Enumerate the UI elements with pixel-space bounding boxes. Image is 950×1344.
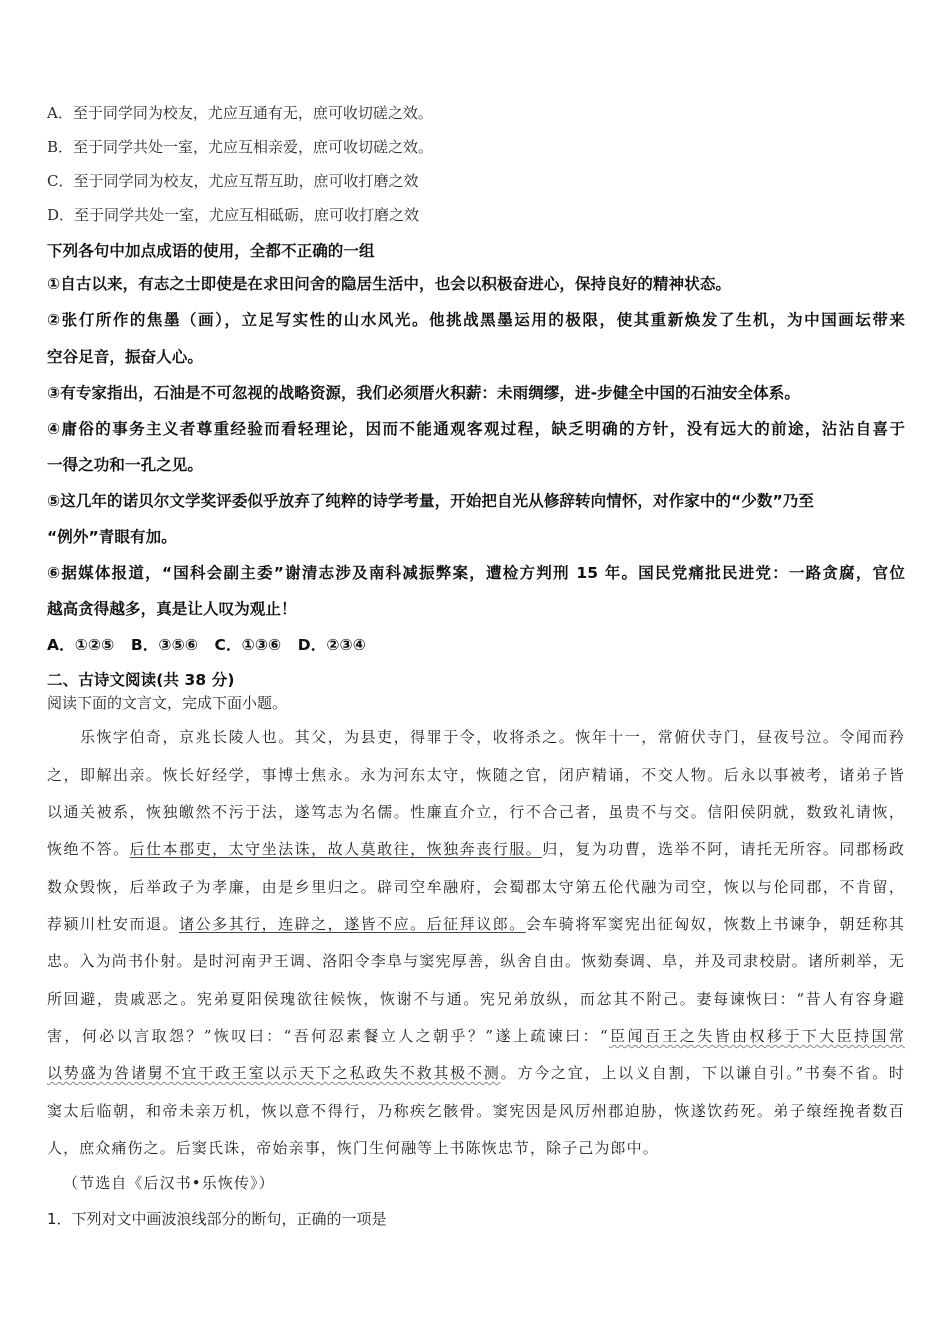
passage-text: 害，何必以言取怨？”恢叹曰：“吾何忍素餐立人之朝乎？”遂上疏谏曰：“ — [47, 1027, 609, 1045]
section-heading: 二、古诗文阅读(共 38 分) — [47, 668, 235, 690]
option-d: D．至于同学共处一室，尤应互相砥砺，庶可收打磨之效 — [47, 204, 419, 225]
passage-text: 。方今之宜，上以义自割，下以谦自引。”书奏不省。时 — [501, 1064, 905, 1082]
passage-line-6: 荐颍川杜安而退。诸公多其行，连辟之，遂皆不应。后征拜议郎。会车骑将军窦宪出征匈奴… — [47, 913, 905, 934]
idiom-item-3: ③有专家指出，石油是不可忽视的战略资源，我们必须厝火积薪：未雨绸缪，进-步健全中… — [47, 381, 800, 403]
idiom-item-2-cont: 空谷足音，振奋人心。 — [47, 345, 203, 367]
underlined-sentence: 后仕本郡吏，太守坐法诛，故人莫敢往，恢独奔丧行服。 — [130, 840, 543, 858]
option-c: C．至于同学同为校友，尤应互帮互助，庶可收打磨之效 — [47, 170, 419, 191]
option-label: D． — [47, 206, 74, 224]
passage-line-12: 人，庶众痛伤之。后窦氏诛，帝始亲事，恢门生何融等上书陈恢忠节，除子己为郎中。 — [47, 1137, 659, 1158]
passage-line-11: 窦太后临朝，和帝未亲万机，恢以意不得行，乃称疾乞骸骨。窦宪因是风厉州郡迫胁，恢遂… — [47, 1100, 905, 1121]
question-1-stem: 1．下列对文中画波浪线部分的断句，正确的一项是 — [47, 1208, 387, 1229]
option-label: B． — [47, 138, 73, 156]
underlined-sentence: 诸公多其行，连辟之，遂皆不应。后征拜议郎。 — [179, 915, 526, 933]
passage-line-1: 乐恢字伯奇，京兆长陵人也。其父，为县吏，得罪于令，收将杀之。恢年十一，常俯伏寺门… — [47, 726, 905, 747]
idiom-item-1: ①自古以来，有志之士即使是在求田问舍的隐居生活中，也会以积极奋进心，保持良好的精… — [47, 272, 731, 294]
passage-text: 恢绝不答。 — [47, 840, 130, 858]
option-label: C． — [47, 172, 73, 190]
passage-source: （节选自《后汉书•乐恢传》） — [63, 1172, 275, 1193]
option-label: A． — [47, 104, 73, 122]
option-text: 至于同学共处一室，尤应互相亲爱，庶可收切磋之效。 — [73, 138, 433, 156]
passage-text: 归，复为功曹，选举不阿，请托无所容。同郡杨政 — [542, 840, 905, 858]
passage-line-2: 之，即解出亲。恢长好经学，事博士焦永。永为河东太守，恢随之官，闭庐精诵，不交人物… — [47, 764, 905, 785]
passage-line-8: 所回避，贵戚恶之。宪弟夏阳侯瑰欲往候恢，恢谢不与通。宪兄弟放纵，而忿其不附己。妻… — [47, 988, 905, 1009]
section-instruction: 阅读下面的文言文，完成下面小题。 — [47, 692, 287, 713]
passage-text: 荐颍川杜安而退。 — [47, 915, 179, 933]
wavy-underlined-text: 臣闻百王之失皆由权移于下大臣持国常 — [609, 1027, 905, 1045]
idiom-item-5-cont: “例外”青眼有加。 — [47, 525, 177, 547]
option-a: A．至于同学同为校友，尤应互通有无，庶可收切磋之效。 — [47, 102, 433, 123]
option-text: 至于同学同为校友，尤应互帮互助，庶可收打磨之效 — [73, 172, 418, 190]
passage-line-7: 忠。入为尚书仆射。是时河南尹王调、洛阳令李阜与窦宪厚善，纵舍自由。恢劾奏调、阜，… — [47, 950, 905, 971]
option-text: 至于同学同为校友，尤应互通有无，庶可收切磋之效。 — [73, 104, 433, 122]
idiom-item-5: ⑤这几年的诺贝尔文学奖评委似乎放弃了纯粹的诗学考量，开始把自光从修辞转向情怀，对… — [47, 489, 814, 511]
option-text: 至于同学共处一室，尤应互相砥砺，庶可收打磨之效 — [74, 206, 419, 224]
passage-line-10: 以势盛为咎诸舅不宜干政王室以示天下之私政失不救其极不测。方今之宜，上以义自割，下… — [47, 1062, 905, 1083]
passage-line-5: 数众毁恢，后举政子为孝廉，由是乡里归之。辟司空牟融府，会蜀郡太守第五伦代融为司空… — [47, 876, 905, 897]
idiom-item-4: ④庸俗的事务主义者尊重经验而看轻理论，因而不能通观客观过程，缺乏明确的方针，没有… — [47, 417, 905, 439]
passage-line-3: 以通关被系，恢独皦然不污于法，遂笃志为名儒。性廉直介立，行不合己者，虽贵不与交。… — [47, 801, 905, 822]
passage-text: 会车骑将军窦宪出征匈奴，恢数上书谏争，朝廷称其 — [526, 915, 905, 933]
idiom-question-stem: 下列各句中加点成语的使用，全都不正确的一组 — [47, 239, 375, 261]
document-page: A．至于同学同为校友，尤应互通有无，庶可收切磋之效。 B．至于同学共处一室，尤应… — [0, 0, 950, 1344]
idiom-item-2: ②张仃所作的焦墨（画），立足写实性的山水风光。他挑战黑墨运用的极限，使其重新焕发… — [47, 308, 905, 330]
idiom-item-6-cont: 越高贪得越多，真是让人叹为观止！ — [47, 597, 297, 619]
idiom-choices: A．①②⑤ B．③⑤⑥ C．①③⑥ D．②③④ — [47, 633, 366, 655]
idiom-item-4-cont: 一得之功和一孔之见。 — [47, 453, 203, 475]
idiom-item-6: ⑥据媒体报道，“国科会副主委”谢清志涉及南科减振弊案，遭检方判刑 15 年。国民… — [47, 561, 905, 583]
option-b: B．至于同学共处一室，尤应互相亲爱，庶可收切磋之效。 — [47, 136, 433, 157]
wavy-underlined-text: 以势盛为咎诸舅不宜干政王室以示天下之私政失不救其极不测 — [47, 1064, 501, 1082]
passage-line-9: 害，何必以言取怨？”恢叹曰：“吾何忍素餐立人之朝乎？”遂上疏谏曰：“臣闻百王之失… — [47, 1025, 905, 1046]
passage-line-4: 恢绝不答。后仕本郡吏，太守坐法诛，故人莫敢往，恢独奔丧行服。归，复为功曹，选举不… — [47, 838, 905, 859]
